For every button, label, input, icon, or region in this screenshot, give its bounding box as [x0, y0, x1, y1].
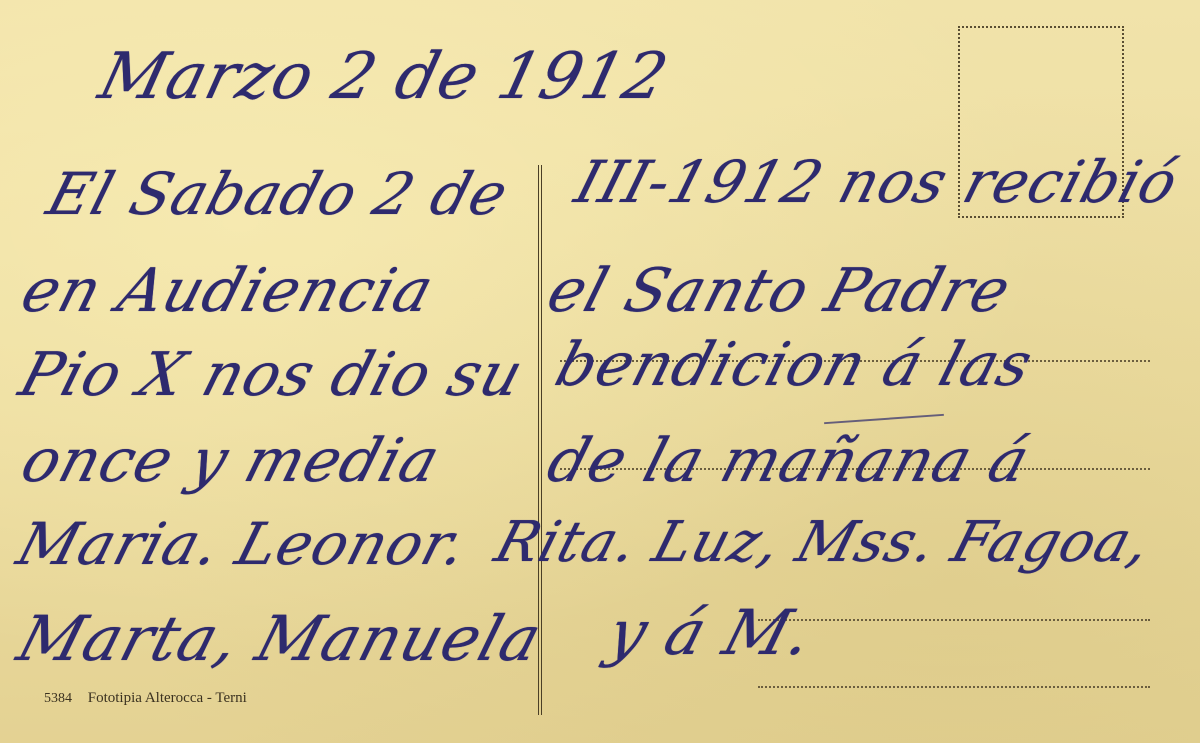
- handwritten-line-3-right: bendicion á las: [548, 330, 1040, 400]
- handwritten-line-1-left: El Sabado 2 de: [40, 160, 516, 228]
- postcard-back: Marzo 2 de 1912 El Sabado 2 de III-1912 …: [0, 0, 1200, 743]
- address-line-3: [758, 619, 1150, 621]
- imprint-number: 5384: [44, 691, 72, 706]
- handwritten-line-4-right: de la mañana á: [540, 426, 1037, 496]
- handwritten-line-5-left: Maria. Leonor.: [10, 510, 475, 578]
- handwritten-line-5-right: Rita. Luz, Mss. Fagoa,: [488, 510, 1158, 575]
- handwritten-date: Marzo 2 de 1912: [92, 40, 675, 114]
- address-line-4: [758, 686, 1150, 688]
- tilde-stroke: [824, 414, 944, 424]
- printer-imprint: 5384 Fototipia Alterocca - Terni: [44, 690, 247, 707]
- imprint-text: Fototipia Alterocca - Terni: [88, 690, 247, 706]
- handwritten-line-6-left: Marta, Manuela: [10, 602, 550, 675]
- handwritten-line-6-right: y á M.: [600, 596, 822, 669]
- handwritten-line-3-left: Pio X nos dio su: [12, 340, 531, 410]
- handwritten-line-1-right: III-1912 nos recibió: [568, 148, 1186, 216]
- handwritten-line-2-left: en Audiencia: [14, 256, 442, 326]
- handwritten-line-4-left: once y media: [14, 426, 448, 496]
- handwritten-line-2-right: el Santo Padre: [540, 256, 1019, 326]
